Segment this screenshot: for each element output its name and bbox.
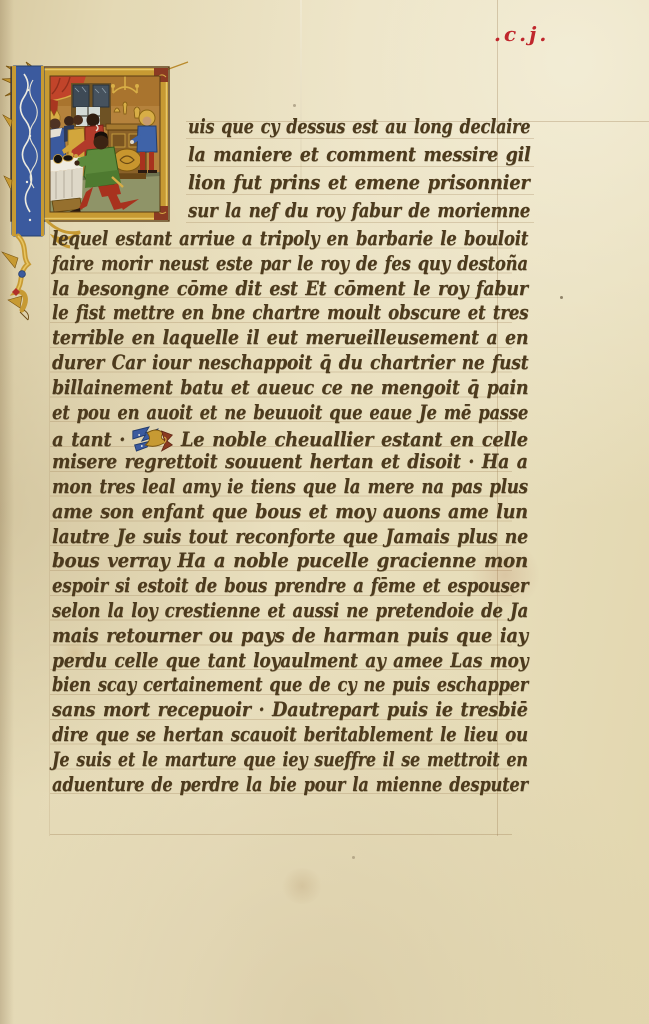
manuscript-line: faire morir neust este par le roy de fes… <box>52 251 528 276</box>
manuscript-line: billainement batu et aueuc ce ne mengoit… <box>52 375 528 400</box>
manuscript-line: le fist mettre en bne chartre moult obsc… <box>52 300 528 325</box>
manuscript-line: mais retourner ou pays de harman puis qu… <box>52 623 528 648</box>
line-text: billainement batu et aueuc ce ne mengoit… <box>52 375 528 400</box>
manuscript-line: sur la nef du roy fabur de moriemne <box>188 196 530 224</box>
manuscript-line: uis que cy dessus est au long declaire <box>188 112 530 140</box>
line-text: terrible en laquelle il eut merueilleuse… <box>52 325 528 350</box>
manuscript-line: lautre Je suis tout reconforte que Jamai… <box>52 524 528 549</box>
manuscript-line: ame son enfant que bous et moy auons ame… <box>52 499 528 524</box>
manuscript-line: mon tres leal amy ie tiens que la mere n… <box>52 474 528 499</box>
manuscript-line: la maniere et comment messire gil <box>188 140 530 168</box>
line-text: ame son enfant que bous et moy auons ame… <box>52 499 528 524</box>
miniature-banquet-scene <box>44 76 160 214</box>
line-text: durer Car iour neschappoit q̄ du chartri… <box>52 350 528 375</box>
manuscript-line: Je suis et le marture que iey sueffre il… <box>52 747 528 772</box>
manuscript-page: .c.j. <box>0 0 649 1024</box>
ink-speck <box>293 104 296 107</box>
line-text-post: Le noble cheuallier estant en celle <box>181 427 528 452</box>
manuscript-line: bien scay certainement que de cy ne puis… <box>52 672 528 697</box>
line-text: selon la loy crestienne et aussi ne pret… <box>52 598 528 623</box>
line-text: mon tres leal amy ie tiens que la mere n… <box>52 474 528 499</box>
manuscript-line: espoir si estoit de bous prendre a fēme … <box>52 573 528 598</box>
line-text: lequel estant arriue a tripoly en barbar… <box>52 226 528 251</box>
manuscript-line: perdu celle que tant loyaulment ay amee … <box>52 648 528 673</box>
manuscript-line: terrible en laquelle il eut merueilleuse… <box>52 325 528 350</box>
manuscript-line: la besongne cōme dit est Et cōment le ro… <box>52 276 528 301</box>
manuscript-line: dire que se hertan scauoit beritablement… <box>52 722 528 747</box>
line-text-pre: a tant · <box>52 427 125 452</box>
manuscript-line: sans mort recepuoir · Dautrepart puis ie… <box>52 697 528 722</box>
line-text: la besongne cōme dit est Et cōment le ro… <box>52 276 528 301</box>
line-text: espoir si estoit de bous prendre a fēme … <box>52 573 528 598</box>
line-text: le fist mettre en bne chartre moult obsc… <box>52 300 528 325</box>
line-text: aduenture de perdre la bie pour la mienn… <box>52 772 528 797</box>
line-text: uis que cy dessus est au long declaire <box>188 112 530 140</box>
line-text: misere regrettoit souuent hertan et diso… <box>52 449 528 474</box>
line-text: faire morir neust este par le roy de fes… <box>52 251 528 276</box>
manuscript-line-with-paraph: a tant · Le noble cheuallier estant en c… <box>52 424 528 449</box>
line-text: lautre Je suis tout reconforte que Jamai… <box>52 524 528 549</box>
line-text: Je suis et le marture que iey sueffre il… <box>52 747 528 772</box>
line-text: et pou en auoit et ne beuuoit que eaue J… <box>52 400 528 425</box>
opening-text-block: uis que cy dessus est au long declaire l… <box>188 112 530 224</box>
parchment-stain <box>280 868 324 904</box>
line-text: la maniere et comment messire gil <box>188 140 530 168</box>
ink-speck <box>352 856 355 859</box>
line-text: mais retourner ou pays de harman puis qu… <box>52 623 528 648</box>
initial-stem <box>3 66 44 236</box>
ruling-line-bottom <box>50 834 512 835</box>
folio-number: .c.j. <box>494 22 549 46</box>
manuscript-line: selon la loy crestienne et aussi ne pret… <box>52 598 528 623</box>
manuscript-line: et pou en auoit et ne beuuoit que eaue J… <box>52 400 528 425</box>
manuscript-line: lequel estant arriue a tripoly en barbar… <box>52 226 528 251</box>
manuscript-line: durer Car iour neschappoit q̄ du chartri… <box>52 350 528 375</box>
manuscript-line: misere regrettoit souuent hertan et diso… <box>52 449 528 474</box>
line-text: perdu celle que tant loyaulment ay amee … <box>52 648 528 673</box>
line-text: dire que se hertan scauoit beritablement… <box>52 722 528 747</box>
line-text: bous verray Ha a noble pucelle gracienne… <box>52 548 528 573</box>
line-text: sur la nef du roy fabur de moriemne <box>188 196 530 224</box>
line-text: sans mort recepuoir · Dautrepart puis ie… <box>52 697 528 722</box>
line-text: lion fut prins et emene prisonnier <box>188 168 530 196</box>
ink-speck <box>560 296 563 299</box>
line-text: bien scay certainement que de cy ne puis… <box>52 672 528 697</box>
manuscript-line: lion fut prins et emene prisonnier <box>188 168 530 196</box>
covered-cup <box>54 155 63 164</box>
manuscript-line: aduenture de perdre la bie pour la mienn… <box>52 772 528 797</box>
body-text-block: lequel estant arriue a tripoly en barbar… <box>52 226 528 796</box>
manuscript-line: bous verray Ha a noble pucelle gracienne… <box>52 548 528 573</box>
